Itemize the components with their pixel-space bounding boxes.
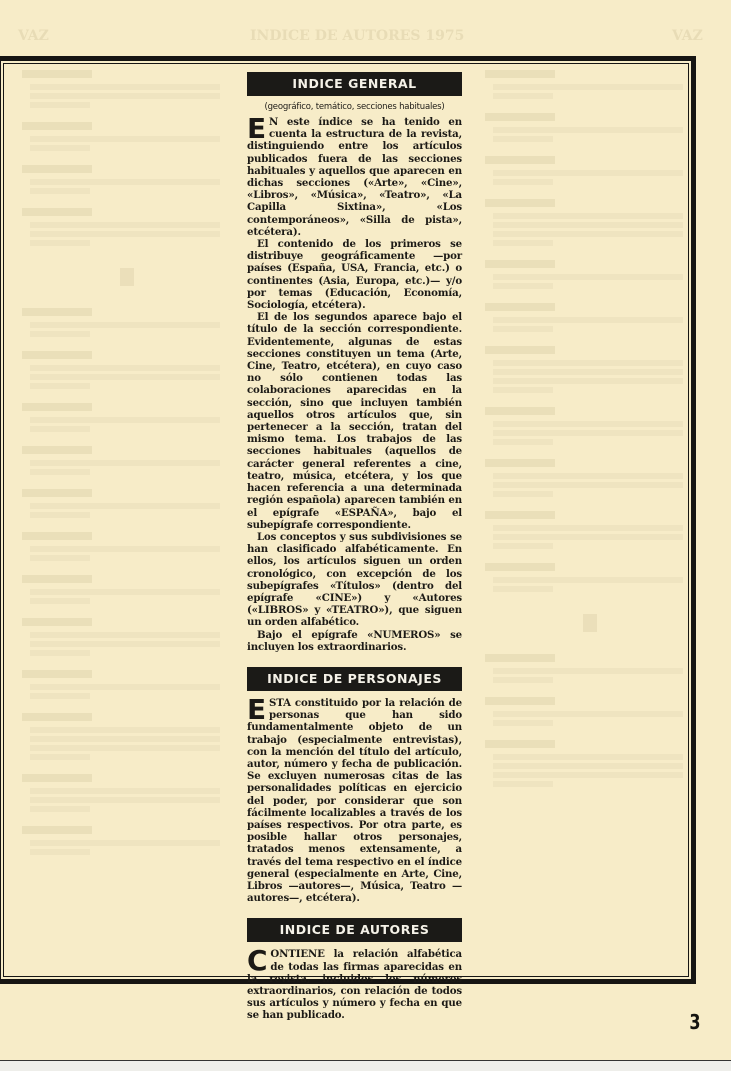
drop-cap: E [247,699,266,721]
section-body: ESTA constituido por la relación de pers… [247,697,462,904]
section-heading: INDICE GENERAL [247,72,462,96]
paragraph: Los conceptos y sus subdivisiones se han… [247,531,462,629]
faded-column-right [485,70,695,801]
running-head-center: INDICE DE AUTORES 1975 [250,28,464,44]
section-subtitle: (geográfico, temático, secciones habitua… [247,102,462,112]
paragraph: CONTIENE la relación alfabética de todas… [247,948,462,1021]
paragraph: EN este índice se ha tenido en cuenta la… [247,116,462,238]
faded-column-left [22,70,232,869]
main-column: INDICE GENERAL (geográfico, temático, se… [247,72,462,1036]
running-head-right: VAZ [672,28,703,44]
section-indice-personajes: INDICE DE PERSONAJES ESTA constituido po… [247,667,462,904]
drop-cap: C [247,950,267,972]
paragraph: ESTA constituido por la relación de pers… [247,697,462,904]
scan-edge [0,1060,731,1071]
running-head: VAZ INDICE DE AUTORES 1975 VAZ [0,28,731,48]
paragraph: Bajo el epígrafe «NUMEROS» se incluyen l… [247,629,462,653]
paragraph: El de los segundos aparece bajo el títul… [247,311,462,531]
section-body: CONTIENE la relación alfabética de todas… [247,948,462,1021]
page-number: 3 [689,1010,700,1034]
paragraph: El contenido de los primeros se distribu… [247,238,462,311]
running-head-left: VAZ [18,28,49,44]
drop-cap: E [247,118,266,140]
section-heading: INDICE DE PERSONAJES [247,667,462,691]
section-indice-general: INDICE GENERAL (geográfico, temático, se… [247,72,462,653]
section-indice-autores: INDICE DE AUTORES CONTIENE la relación a… [247,918,462,1021]
section-body: EN este índice se ha tenido en cuenta la… [247,116,462,653]
section-heading: INDICE DE AUTORES [247,918,462,942]
